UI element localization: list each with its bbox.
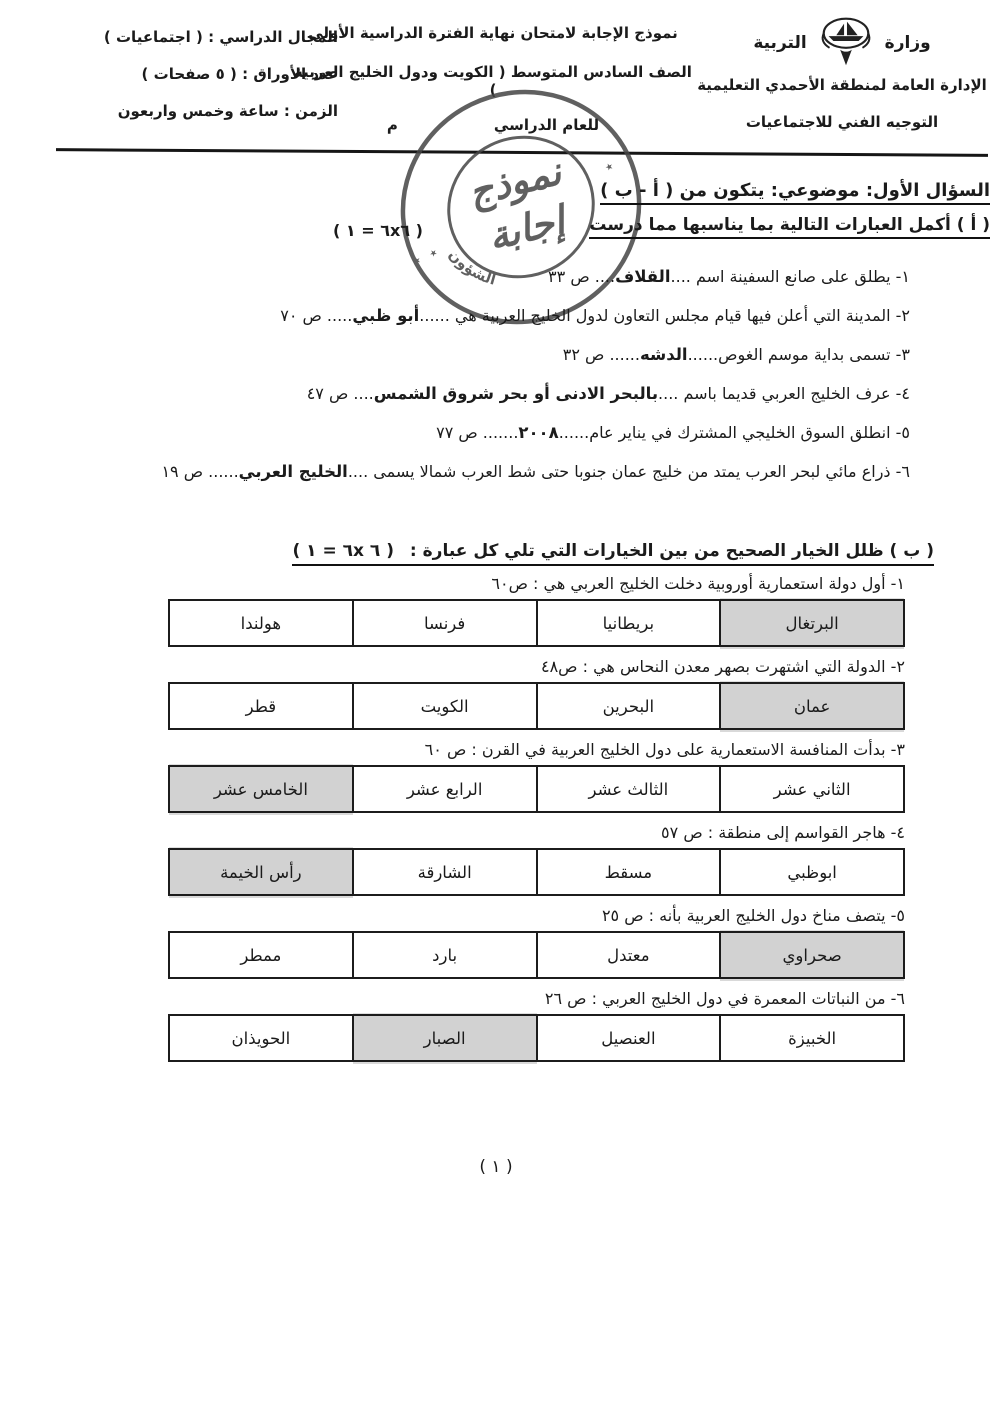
mcq-option-cell: الخامس عشر [169,766,353,812]
stamp-star-right: ٭ [601,156,616,176]
mcq-option-cell: قطر [169,683,353,729]
ministry-name-pre: وزارة [885,33,931,53]
mcq-option-cell: ابوظبي [720,849,904,895]
fill-item-5-answer: ٢٠٠٨ [518,423,558,442]
mcq-option-cell: الثالث عشر [537,766,721,812]
mcq-option-cell: فرنسا [353,600,537,646]
mcq-option-cell: بريطانيا [537,600,721,646]
fill-item-6-answer: الخليج العربي [239,462,348,481]
administration-name: الإدارة العامة لمنطقة الأحمدي التعليمية [696,76,988,94]
part-a-fill-items: ١- يطلق على صانع السفينة اسم ....القلاف.… [84,264,910,498]
fill-item-2-answer: أبو ظبي [352,306,419,325]
mcq-option-cell: الرابع عشر [353,766,537,812]
mcq-question-4-text: ٤- هاجر القواسم إلى منطقة : ص ٥٧ [168,823,905,842]
exam-title: نموذج الإجابة لامتحان نهاية الفترة الدرا… [290,24,696,42]
mcq-options-table-6: الخبيزة العنصيل الصبار الحويذان [168,1014,905,1062]
mcq-option-cell: مسقط [537,849,721,895]
header-meta-block: المجال الدراسي : ( اجتماعيات ) عدد الأور… [56,28,338,139]
mcq-option-cell: صحراوي [720,932,904,978]
part-b-heading-text: ( ب ) ظلل الخيار الصحيح من بين الخيارات … [410,541,934,561]
mcq-question-1-text: ١- أول دولة استعمارية أوروبية دخلت الخلي… [168,574,905,593]
fill-item-3-answer: الدشه [640,345,688,364]
mcq-option-cell: الكويت [353,683,537,729]
fill-item-4: ٤- عرف الخليج العربي قديما باسم ....بالب… [84,381,910,407]
part-b-marks: ( ٦ = ١x ٦ ) [292,541,394,561]
mcq-option-cell: بارد [353,932,537,978]
stamp-center-text: نموذج إجابة [464,149,580,263]
ministry-emblem-logo [815,14,877,73]
part-a-marks: ( ٦ = ١x٦ ) [333,221,423,240]
fill-item-4-answer: بالبحر الادنى أو بحر شروق الشمس [374,384,658,403]
ministry-name-post: التربية [753,33,806,53]
fill-item-3: ٣- تسمى بداية موسم الغوص......الدشه.....… [84,342,910,368]
mcq-option-cell: معتدل [537,932,721,978]
pages-count-line: عدد الأوراق : ( ٥ صفحات ) [56,65,338,83]
mcq-options-table-1: البرتغال بريطانيا فرنسا هولندا [168,599,905,647]
part-b-heading: ( ب ) ظلل الخيار الصحيح من بين الخيارات … [292,541,934,566]
fill-item-1: ١- يطلق على صانع السفينة اسم ....القلاف.… [84,264,910,290]
mcq-options-table-4: ابوظبي مسقط الشارقة رأس الخيمة [168,848,905,896]
exam-duration-line: الزمن : ساعة وخمس واربعون [56,102,338,120]
fill-item-5: ٥- انطلق السوق الخليجي المشترك في يناير … [84,420,910,446]
study-field-line: المجال الدراسي : ( اجتماعيات ) [56,28,338,46]
mcq-options-table-5: صحراوي معتدل بارد ممطر [168,931,905,979]
mcq-option-cell: العنصيل [537,1015,721,1061]
fill-item-1-answer: القلاف [615,267,670,286]
mcq-option-cell: رأس الخيمة [169,849,353,895]
mcq-option-cell: الصبار [353,1015,537,1061]
question1-title: السؤال الأول: موضوعي: يتكون من ( أ - ب ) [600,180,990,201]
header-ministry-block: وزارة التربية الإدارة العامة لمنطقة الأح… [696,12,988,131]
technical-guidance-line: التوجيه الفني للاجتماعيات [696,113,988,131]
mcq-option-cell: الحويذان [169,1015,353,1061]
mcq-options-table-3: الثاني عشر الثالث عشر الرابع عشر الخامس … [168,765,905,813]
mcq-option-cell: الشارقة [353,849,537,895]
part-b-mcq-block: ١- أول دولة استعمارية أوروبية دخلت الخلي… [168,574,905,1072]
part-a-heading: ( أ ) أكمل العبارات التالية بما يناسبها … [589,215,990,235]
fill-item-2: ٢- المدينة التي أعلن فيها قيام مجلس التع… [84,303,910,329]
mcq-question-2-text: ٢- الدولة التي اشتهرت بصهر معدن النحاس ه… [168,657,905,676]
mcq-option-cell: عمان [720,683,904,729]
mcq-option-cell: ممطر [169,932,353,978]
stamp-ring-top-text: ٭ الإدارة العامة لمنطقة الأحمدي التعليمي… [354,125,445,277]
page-number: ( ١ ) [0,1157,992,1177]
mcq-option-cell: الثاني عشر [720,766,904,812]
mcq-question-3-text: ٣- بدأت المنافسة الاستعمارية على دول الخ… [168,740,905,759]
mcq-option-cell: البحرين [537,683,721,729]
exam-answer-key-page: { "header": { "ministry_pre": "وزارة", "… [0,0,992,1403]
academic-year-suffix: م [387,116,398,134]
mcq-option-cell: البرتغال [720,600,904,646]
mcq-question-5-text: ٥- يتصف مناخ دول الخليج العربية بأنه : ص… [168,906,905,925]
ministry-title-row: وزارة التربية [696,12,988,74]
fill-item-6: ٦- ذراع مائي لبحر العرب يمتد من خليج عما… [84,459,910,485]
mcq-option-cell: هولندا [169,600,353,646]
mcq-question-6-text: ٦- من النباتات المعمرة في دول الخليج الع… [168,989,905,1008]
mcq-option-cell: الخبيزة [720,1015,904,1061]
mcq-options-table-2: عمان البحرين الكويت قطر [168,682,905,730]
